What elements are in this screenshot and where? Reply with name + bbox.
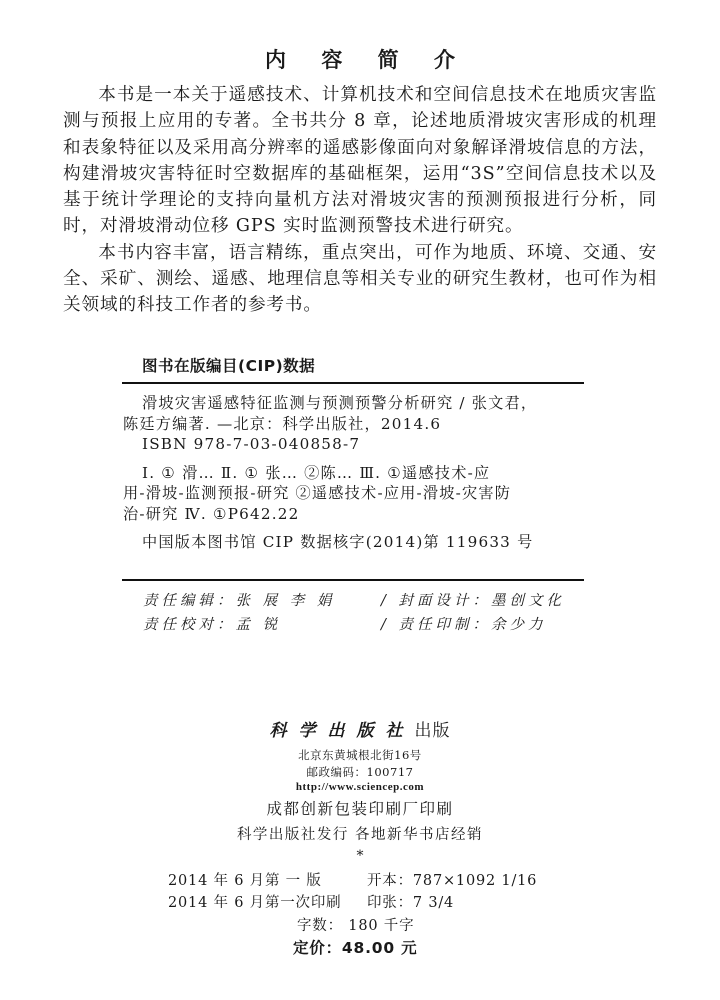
- credit-row-1: 责任编辑：张 展 李 娟 / 封面设计：墨创文化: [143, 589, 565, 613]
- intro-paragraph-2: 本书内容丰富，语言精练，重点突出，可作为地质、环境、交通、安全、采矿、测绘、遥感…: [63, 240, 657, 319]
- cip-isbn: ISBN 978-7-03-040858-7: [123, 434, 585, 455]
- publisher-logo-text: 科学出版社: [270, 721, 415, 741]
- format: 开本：787×1092 1/16: [367, 871, 537, 893]
- credit-row-2: 责任校对：孟 锐 / 责任印制：余少力: [143, 613, 565, 637]
- edition: 2014 年 6 月第 一 版: [168, 871, 367, 893]
- cip-record-line-2: 陈廷方编著. —北京：科学出版社，2014.6: [123, 414, 585, 435]
- printing: 2014 年 6 月第一次印刷: [168, 893, 367, 915]
- publisher-suffix: 出版: [415, 721, 451, 741]
- cip-class-line-2: 用-滑坡-监测预报-研究 ②遥感技术-应用-滑坡-灾害防: [123, 483, 585, 504]
- cover-design: / 封面设计：墨创文化: [381, 589, 565, 613]
- edition-row-1: 2014 年 6 月第 一 版 开本：787×1092 1/16: [168, 871, 537, 893]
- edition-row-2: 2014 年 6 月第一次印刷 印张：7 3/4: [168, 893, 537, 915]
- publisher-website: http://www.sciencep.com: [0, 781, 720, 793]
- publisher-address: 北京东黄城根北街16号: [0, 747, 720, 763]
- edition-info: 2014 年 6 月第 一 版 开本：787×1092 1/16 2014 年 …: [168, 871, 537, 914]
- responsible-editor: 责任编辑：张 展 李 娟: [143, 589, 381, 613]
- printer: 成都创新包装印刷厂印刷: [0, 797, 720, 819]
- distribution: 科学出版社发行 各地新华书店经销: [0, 823, 720, 844]
- cip-record: 滑坡灾害遥感特征监测与预测预警分析研究 / 张文君， 陈廷方编著. —北京：科学…: [123, 393, 585, 553]
- intro-section: 本书是一本关于遥感技术、计算机技术和空间信息技术在地质灾害监测与预报上应用的专著…: [63, 82, 657, 319]
- proofreader: 责任校对：孟 锐: [143, 613, 381, 637]
- publisher-name: 科学出版社出版: [0, 716, 720, 741]
- cip-record-line-1: 滑坡灾害遥感特征监测与预测预警分析研究 / 张文君，: [123, 393, 585, 414]
- cip-class-line-1: Ⅰ. ① 滑… Ⅱ. ① 张… ②陈… Ⅲ. ①遥感技术-应: [123, 463, 585, 484]
- cip-number: 中国版本图书馆 CIP 数据核字(2014)第 119633 号: [123, 532, 585, 553]
- cip-heading: 图书在版编目(CIP)数据: [142, 354, 315, 376]
- credits: 责任编辑：张 展 李 娟 / 封面设计：墨创文化 责任校对：孟 锐 / 责任印制…: [143, 589, 565, 637]
- word-count: 字数： 180 千字: [297, 914, 414, 935]
- sheets: 印张：7 3/4: [367, 893, 454, 915]
- publisher-postcode: 邮政编码：100717: [0, 764, 720, 780]
- intro-paragraph-1: 本书是一本关于遥感技术、计算机技术和空间信息技术在地质灾害监测与预报上应用的专著…: [63, 82, 657, 240]
- cip-class-line-3: 治-研究 Ⅳ. ①P642.22: [123, 504, 585, 525]
- print-supervisor: / 责任印制：余少力: [381, 613, 547, 637]
- price: 定价：48.00 元: [293, 936, 417, 958]
- cip-bottom-rule: [122, 579, 584, 581]
- cip-top-rule: [122, 382, 584, 384]
- separator-asterisk: *: [0, 848, 720, 864]
- page-title: 内 容 简 介: [0, 44, 720, 74]
